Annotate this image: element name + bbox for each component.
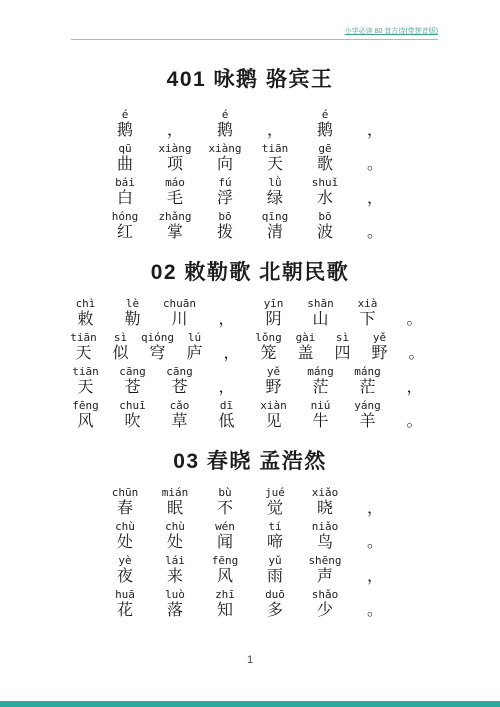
syllable-cell: yīn阴 (250, 297, 297, 330)
pinyin-syllable (350, 142, 400, 156)
hanzi-char: 鹅 (100, 122, 150, 141)
hanzi-char: 鹅 (200, 122, 250, 141)
syllable-cell: yǔ雨 (250, 554, 300, 587)
syllable-cell: xiàng项 (150, 142, 200, 175)
pinyin-syllable: hóng (100, 210, 150, 224)
pinyin-syllable: gài (287, 331, 324, 345)
pinyin-syllable: é (300, 108, 350, 122)
hanzi-char: ， (350, 122, 400, 141)
header-note: 小学必读 80 首古诗(带拼音版) (0, 27, 438, 36)
poem-title: 401 咏鹅 骆宾王 (0, 63, 500, 93)
syllable-cell: xiǎo晓 (300, 486, 350, 519)
syllable-cell: luò落 (150, 588, 200, 621)
pinyin-syllable: jué (250, 486, 300, 500)
syllable-cell: 。 (391, 399, 438, 432)
page-header: 小学必读 80 首古诗(带拼音版) (0, 0, 500, 40)
pinyin-syllable: mián (150, 486, 200, 500)
poem-line: yè夜lái来fēng风yǔ雨shēng声， (0, 554, 500, 587)
pinyin-syllable (391, 399, 438, 413)
poem-line: tiān天sì似qióng穹lú庐，lǒng笼gài盖sì四yě野。 (0, 331, 500, 364)
syllable-cell: shēng声 (300, 554, 350, 587)
page-number: 1 (0, 654, 500, 666)
pinyin-syllable: yě (361, 331, 398, 345)
pinyin-syllable: sì (324, 331, 361, 345)
pinyin-syllable: duō (250, 588, 300, 602)
pinyin-syllable: zhī (200, 588, 250, 602)
pinyin-syllable: bō (300, 210, 350, 224)
hanzi-char: 波 (300, 224, 350, 243)
syllable-cell: lú庐 (176, 331, 213, 364)
pinyin-syllable: fēng (200, 554, 250, 568)
pinyin-syllable (350, 588, 400, 602)
hanzi-char: 毛 (150, 190, 200, 209)
hanzi-char: 茫 (297, 379, 344, 398)
pinyin-syllable: lǜ (250, 176, 300, 190)
pinyin-syllable: máo (150, 176, 200, 190)
hanzi-char: 苍 (156, 379, 203, 398)
pinyin-syllable: zhǎng (150, 210, 200, 224)
syllable-cell: bù不 (200, 486, 250, 519)
hanzi-char: 花 (100, 602, 150, 621)
syllable-cell: yáng羊 (344, 399, 391, 432)
syllable-cell: tiān天 (250, 142, 300, 175)
pinyin-syllable: niú (297, 399, 344, 413)
pinyin-syllable: lè (109, 297, 156, 311)
syllable-cell: bái白 (100, 176, 150, 209)
poem-line: fēng风chuī吹cǎo草dī低xiàn见niú牛yáng羊。 (0, 399, 500, 432)
pinyin-syllable: lǒng (250, 331, 287, 345)
syllable-cell: 。 (350, 142, 400, 175)
syllable-cell: cāng苍 (156, 365, 203, 398)
hanzi-char: 清 (250, 224, 300, 243)
pinyin-syllable: dī (203, 399, 250, 413)
syllable-cell: ， (203, 365, 250, 398)
hanzi-char: 掌 (150, 224, 200, 243)
syllable-cell: sì四 (324, 331, 361, 364)
poem-body: chì敕lè勒chuān川，yīn阴shān山xià下。tiān天sì似qión… (0, 297, 500, 432)
pinyin-syllable: chù (150, 520, 200, 534)
hanzi-char: 歌 (300, 156, 350, 175)
pinyin-syllable (398, 331, 435, 345)
hanzi-char: ， (391, 379, 438, 398)
pinyin-syllable: shēng (300, 554, 350, 568)
syllable-cell: 。 (350, 210, 400, 243)
poem-title: 02 敕勒歌 北朝民歌 (0, 256, 500, 286)
hanzi-char: 落 (150, 602, 200, 621)
pinyin-syllable: cāng (109, 365, 156, 379)
pinyin-syllable: xiàn (250, 399, 297, 413)
hanzi-char: 鹅 (300, 122, 350, 141)
syllable-cell: sì似 (102, 331, 139, 364)
hanzi-char: 知 (200, 602, 250, 621)
syllable-cell: dī低 (203, 399, 250, 432)
hanzi-char: 绿 (250, 190, 300, 209)
hanzi-char: 曲 (100, 156, 150, 175)
poem-section: 03 春晓 孟浩然chūn春mián眠bù不jué觉xiǎo晓，chù处chù处… (0, 445, 500, 621)
syllable-cell: ， (350, 176, 400, 209)
pinyin-syllable: yě (250, 365, 297, 379)
hanzi-char: 盖 (287, 345, 324, 364)
syllable-cell: wén闻 (200, 520, 250, 553)
hanzi-char: 项 (150, 156, 200, 175)
pinyin-syllable: fēng (62, 399, 109, 413)
syllable-cell: ， (350, 486, 400, 519)
syllable-cell: gē歌 (300, 142, 350, 175)
poem-body: é鹅，é鹅，é鹅，qū曲xiàng项xiàng向tiān天gē歌。bái白máo… (0, 108, 500, 243)
hanzi-char: 阴 (250, 311, 297, 330)
pinyin-syllable: wén (200, 520, 250, 534)
pinyin-syllable: qū (100, 142, 150, 156)
pinyin-syllable (350, 554, 400, 568)
pinyin-syllable (350, 486, 400, 500)
syllable-cell: chuī吹 (109, 399, 156, 432)
poem-title: 03 春晓 孟浩然 (0, 445, 500, 475)
hanzi-char: 眠 (150, 500, 200, 519)
poem-line: chù处chù处wén闻tí啼niǎo鸟。 (0, 520, 500, 553)
pinyin-syllable (203, 365, 250, 379)
syllable-cell: bō拨 (200, 210, 250, 243)
hanzi-char: 鸟 (300, 534, 350, 553)
pinyin-syllable: chūn (100, 486, 150, 500)
poems-container: 401 咏鹅 骆宾王é鹅，é鹅，é鹅，qū曲xiàng项xiàng向tiān天g… (0, 63, 500, 621)
pinyin-syllable: luò (150, 588, 200, 602)
syllable-cell: yè夜 (100, 554, 150, 587)
syllable-cell: qióng穹 (139, 331, 176, 364)
syllable-cell: lǒng笼 (250, 331, 287, 364)
pinyin-syllable: cǎo (156, 399, 203, 413)
document-page: 小学必读 80 首古诗(带拼音版) 401 咏鹅 骆宾王é鹅，é鹅，é鹅，qū曲… (0, 0, 500, 707)
pinyin-syllable: shān (297, 297, 344, 311)
pinyin-syllable: yáng (344, 399, 391, 413)
syllable-cell: chuān川 (156, 297, 203, 330)
pinyin-syllable (213, 331, 250, 345)
pinyin-syllable (150, 108, 200, 122)
pinyin-syllable: gē (300, 142, 350, 156)
syllable-cell: chù处 (100, 520, 150, 553)
syllable-cell: duō多 (250, 588, 300, 621)
hanzi-char: 少 (300, 602, 350, 621)
pinyin-syllable: huā (100, 588, 150, 602)
hanzi-char: 雨 (250, 568, 300, 587)
hanzi-char: 茫 (344, 379, 391, 398)
pinyin-syllable: xiàng (200, 142, 250, 156)
syllable-cell: é鹅 (300, 108, 350, 141)
pinyin-syllable (391, 297, 438, 311)
syllable-cell: lǜ绿 (250, 176, 300, 209)
header-rule (71, 39, 438, 40)
syllable-cell: ， (391, 365, 438, 398)
hanzi-char: 草 (156, 413, 203, 432)
syllable-cell: jué觉 (250, 486, 300, 519)
syllable-cell: shān山 (297, 297, 344, 330)
pinyin-syllable: bù (200, 486, 250, 500)
hanzi-char: 牛 (297, 413, 344, 432)
pinyin-syllable: lái (150, 554, 200, 568)
hanzi-char: 。 (350, 534, 400, 553)
hanzi-char: 晓 (300, 500, 350, 519)
syllable-cell: ， (350, 554, 400, 587)
hanzi-char: ， (350, 568, 400, 587)
poem-line: huā花luò落zhī知duō多shǎo少。 (0, 588, 500, 621)
pinyin-syllable: tiān (62, 365, 109, 379)
hanzi-char: 声 (300, 568, 350, 587)
pinyin-syllable: yīn (250, 297, 297, 311)
syllable-cell: tí啼 (250, 520, 300, 553)
syllable-cell: lè勒 (109, 297, 156, 330)
syllable-cell: 。 (350, 520, 400, 553)
syllable-cell: xiàn见 (250, 399, 297, 432)
syllable-cell: yě野 (250, 365, 297, 398)
hanzi-char: 拨 (200, 224, 250, 243)
pinyin-syllable: chuān (156, 297, 203, 311)
hanzi-char: 笼 (250, 345, 287, 364)
hanzi-char: ， (350, 500, 400, 519)
syllable-cell: lái来 (150, 554, 200, 587)
syllable-cell: gài盖 (287, 331, 324, 364)
pinyin-syllable: xiǎo (300, 486, 350, 500)
poem-line: bái白máo毛fú浮lǜ绿shuǐ水， (0, 176, 500, 209)
pinyin-syllable (250, 108, 300, 122)
hanzi-char: 野 (361, 345, 398, 364)
poem-line: tiān天cāng苍cāng苍，yě野máng茫máng茫， (0, 365, 500, 398)
syllable-cell: niú牛 (297, 399, 344, 432)
hanzi-char: 苍 (109, 379, 156, 398)
pinyin-syllable (350, 108, 400, 122)
syllable-cell: zhǎng掌 (150, 210, 200, 243)
pinyin-syllable: xià (344, 297, 391, 311)
hanzi-char: 春 (100, 500, 150, 519)
syllable-cell: máng茫 (297, 365, 344, 398)
pinyin-syllable: chù (100, 520, 150, 534)
syllable-cell: fēng风 (62, 399, 109, 432)
syllable-cell: shuǐ水 (300, 176, 350, 209)
hanzi-char: 处 (150, 534, 200, 553)
poem-line: hóng红zhǎng掌bō拨qīng清bō波。 (0, 210, 500, 243)
pinyin-syllable: cāng (156, 365, 203, 379)
pinyin-syllable: yè (100, 554, 150, 568)
poem-body: chūn春mián眠bù不jué觉xiǎo晓，chù处chù处wén闻tí啼ni… (0, 486, 500, 621)
syllable-cell: qū曲 (100, 142, 150, 175)
poem-line: é鹅，é鹅，é鹅， (0, 108, 500, 141)
poem-line: qū曲xiàng项xiàng向tiān天gē歌。 (0, 142, 500, 175)
hanzi-char: ， (350, 190, 400, 209)
pinyin-syllable: niǎo (300, 520, 350, 534)
syllable-cell: mián眠 (150, 486, 200, 519)
syllable-cell: ， (150, 108, 200, 141)
hanzi-char: 敕 (62, 311, 109, 330)
hanzi-char: 向 (200, 156, 250, 175)
hanzi-char: 红 (100, 224, 150, 243)
syllable-cell: 。 (350, 588, 400, 621)
syllable-cell: 。 (391, 297, 438, 330)
syllable-cell: xiàng向 (200, 142, 250, 175)
pinyin-syllable: tiān (65, 331, 102, 345)
pinyin-syllable (350, 210, 400, 224)
syllable-cell: máo毛 (150, 176, 200, 209)
hanzi-char: 闻 (200, 534, 250, 553)
hanzi-char: 来 (150, 568, 200, 587)
hanzi-char: 吹 (109, 413, 156, 432)
hanzi-char: 低 (203, 413, 250, 432)
hanzi-char: 风 (62, 413, 109, 432)
hanzi-char: 庐 (176, 345, 213, 364)
pinyin-syllable: é (200, 108, 250, 122)
syllable-cell: hóng红 (100, 210, 150, 243)
pinyin-syllable (350, 176, 400, 190)
hanzi-char: 山 (297, 311, 344, 330)
pinyin-syllable: qīng (250, 210, 300, 224)
pinyin-syllable: máng (297, 365, 344, 379)
hanzi-char: 天 (62, 379, 109, 398)
syllable-cell: ， (350, 108, 400, 141)
syllable-cell: cǎo草 (156, 399, 203, 432)
hanzi-char: 白 (100, 190, 150, 209)
syllable-cell: ， (203, 297, 250, 330)
poem-section: 401 咏鹅 骆宾王é鹅，é鹅，é鹅，qū曲xiàng项xiàng向tiān天g… (0, 63, 500, 243)
pinyin-syllable: bái (100, 176, 150, 190)
hanzi-char: ， (213, 345, 250, 364)
poem-section: 02 敕勒歌 北朝民歌chì敕lè勒chuān川，yīn阴shān山xià下。t… (0, 256, 500, 432)
syllable-cell: chù处 (150, 520, 200, 553)
pinyin-syllable: bō (200, 210, 250, 224)
hanzi-char: 觉 (250, 500, 300, 519)
hanzi-char: 川 (156, 311, 203, 330)
hanzi-char: 下 (344, 311, 391, 330)
syllable-cell: máng茫 (344, 365, 391, 398)
syllable-cell: fú浮 (200, 176, 250, 209)
syllable-cell: qīng清 (250, 210, 300, 243)
hanzi-char: 野 (250, 379, 297, 398)
pinyin-syllable: qióng (139, 331, 176, 345)
bottom-accent-bar (0, 701, 500, 707)
hanzi-char: 。 (391, 413, 438, 432)
pinyin-syllable: tiān (250, 142, 300, 156)
pinyin-syllable: shuǐ (300, 176, 350, 190)
pinyin-syllable: máng (344, 365, 391, 379)
syllable-cell: chūn春 (100, 486, 150, 519)
syllable-cell: é鹅 (100, 108, 150, 141)
syllable-cell: xià下 (344, 297, 391, 330)
hanzi-char: 天 (250, 156, 300, 175)
pinyin-syllable (350, 520, 400, 534)
pinyin-syllable: shǎo (300, 588, 350, 602)
pinyin-syllable: chì (62, 297, 109, 311)
hanzi-char: 。 (350, 224, 400, 243)
syllable-cell: shǎo少 (300, 588, 350, 621)
syllable-cell: é鹅 (200, 108, 250, 141)
hanzi-char: 羊 (344, 413, 391, 432)
pinyin-syllable: é (100, 108, 150, 122)
syllable-cell: fēng风 (200, 554, 250, 587)
hanzi-char: 。 (350, 602, 400, 621)
hanzi-char: 穹 (139, 345, 176, 364)
pinyin-syllable: yǔ (250, 554, 300, 568)
hanzi-char: 不 (200, 500, 250, 519)
pinyin-syllable: fú (200, 176, 250, 190)
syllable-cell: 。 (398, 331, 435, 364)
hanzi-char: 多 (250, 602, 300, 621)
hanzi-char: 似 (102, 345, 139, 364)
hanzi-char: ， (150, 122, 200, 141)
hanzi-char: 水 (300, 190, 350, 209)
syllable-cell: bō波 (300, 210, 350, 243)
syllable-cell: ， (213, 331, 250, 364)
syllable-cell: tiān天 (65, 331, 102, 364)
pinyin-syllable: tí (250, 520, 300, 534)
hanzi-char: ， (203, 379, 250, 398)
hanzi-char: ， (250, 122, 300, 141)
hanzi-char: 。 (398, 345, 435, 364)
hanzi-char: 。 (391, 311, 438, 330)
poem-line: chūn春mián眠bù不jué觉xiǎo晓， (0, 486, 500, 519)
syllable-cell: chì敕 (62, 297, 109, 330)
hanzi-char: 见 (250, 413, 297, 432)
hanzi-char: 风 (200, 568, 250, 587)
pinyin-syllable: xiàng (150, 142, 200, 156)
hanzi-char: 处 (100, 534, 150, 553)
poem-line: chì敕lè勒chuān川，yīn阴shān山xià下。 (0, 297, 500, 330)
hanzi-char: 夜 (100, 568, 150, 587)
pinyin-syllable: lú (176, 331, 213, 345)
syllable-cell: niǎo鸟 (300, 520, 350, 553)
pinyin-syllable (203, 297, 250, 311)
pinyin-syllable: chuī (109, 399, 156, 413)
hanzi-char: 四 (324, 345, 361, 364)
syllable-cell: huā花 (100, 588, 150, 621)
syllable-cell: cāng苍 (109, 365, 156, 398)
syllable-cell: tiān天 (62, 365, 109, 398)
hanzi-char: 。 (350, 156, 400, 175)
hanzi-char: 勒 (109, 311, 156, 330)
syllable-cell: ， (250, 108, 300, 141)
hanzi-char: 啼 (250, 534, 300, 553)
hanzi-char: ， (203, 311, 250, 330)
pinyin-syllable (391, 365, 438, 379)
pinyin-syllable: sì (102, 331, 139, 345)
hanzi-char: 浮 (200, 190, 250, 209)
syllable-cell: yě野 (361, 331, 398, 364)
hanzi-char: 天 (65, 345, 102, 364)
syllable-cell: zhī知 (200, 588, 250, 621)
